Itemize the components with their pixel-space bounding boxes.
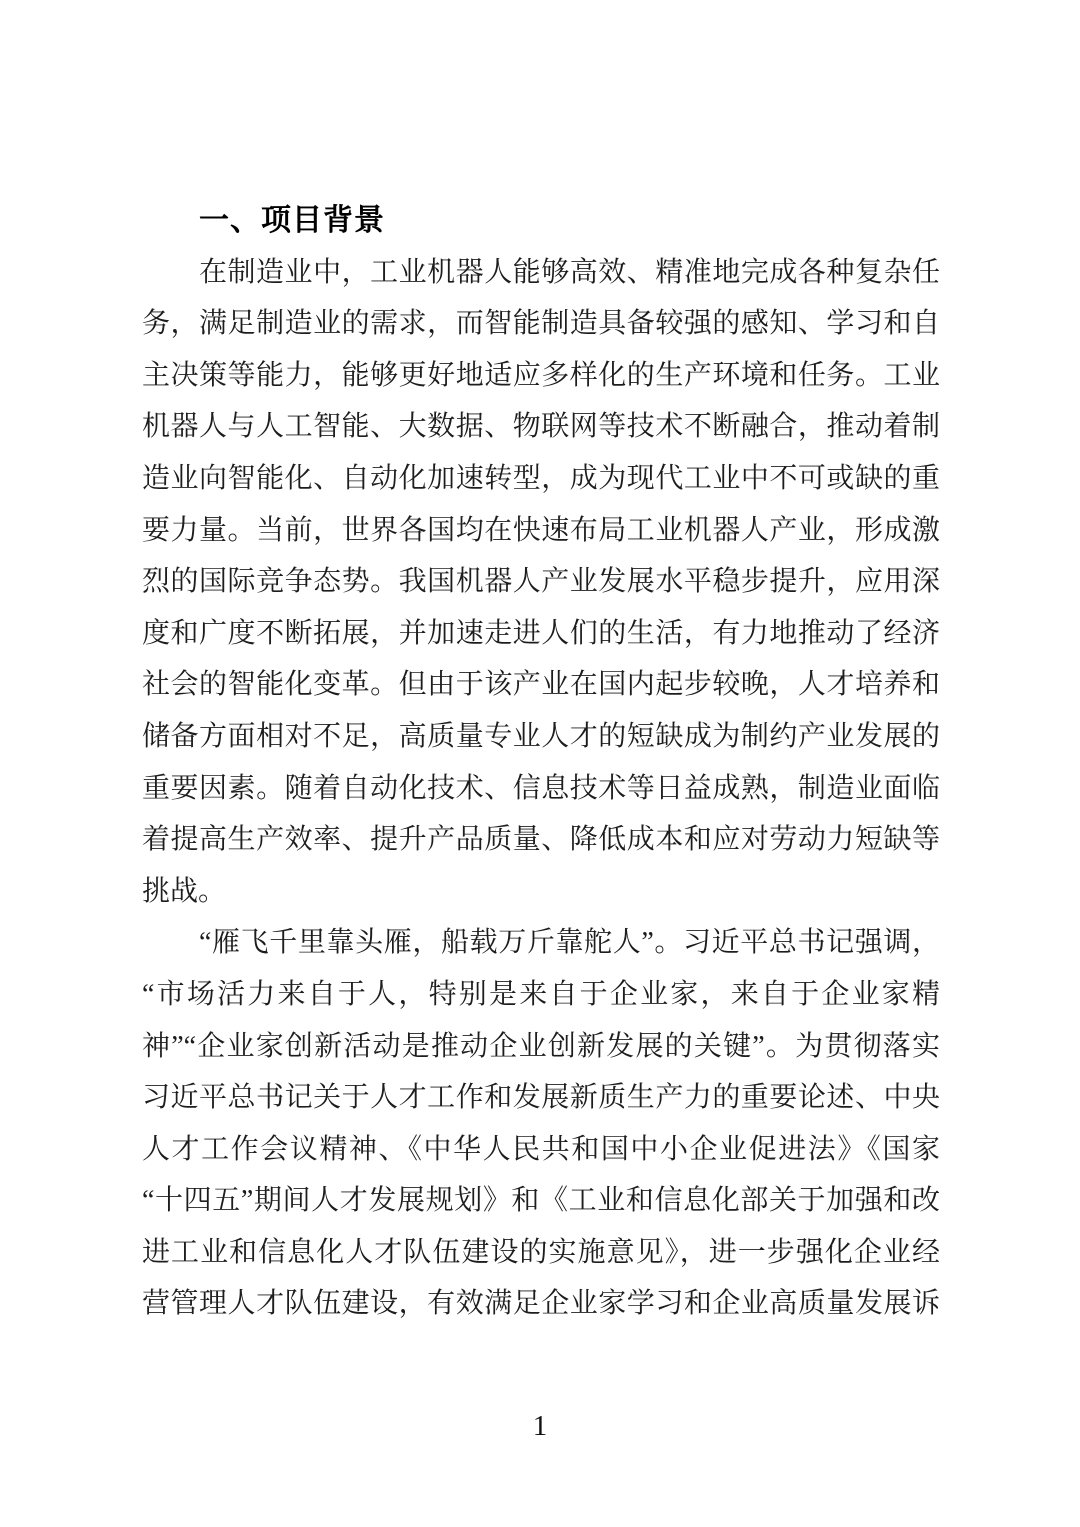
document-page: 一、项目背景 在制造业中，工业机器人能够高效、精准地完成各种复杂任务，满足制造业… — [0, 0, 1080, 1527]
text-line: 神”“企业家创新活动是推动企业创新发展的关键”。为贯彻落实 — [142, 1021, 940, 1073]
text-line: 人才工作会议精神、《中华人民共和国中小企业促进法》《国家 — [142, 1124, 940, 1176]
page-number: 1 — [533, 1410, 548, 1442]
text-line: 机器人与人工智能、大数据、物联网等技术不断融合，推动着制 — [142, 401, 940, 453]
text-line: 度和广度不断拓展，并加速走进人们的生活，有力地推动了经济 — [142, 608, 940, 660]
text-line: “雁飞千里靠头雁，船载万斤靠舵人”。习近平总书记强调， — [142, 917, 940, 969]
text-line: 造业向智能化、自动化加速转型，成为现代工业中不可或缺的重 — [142, 453, 940, 505]
text-line: 要力量。当前，世界各国均在快速布局工业机器人产业，形成激 — [142, 505, 940, 557]
text-line: 习近平总书记关于人才工作和发展新质生产力的重要论述、中央 — [142, 1072, 940, 1124]
text-line: 储备方面相对不足，高质量专业人才的短缺成为制约产业发展的 — [142, 711, 940, 763]
text-line: 着提高生产效率、提升产品质量、降低成本和应对劳动力短缺等 — [142, 814, 940, 866]
text-line: 营管理人才队伍建设，有效满足企业家学习和企业高质量发展诉 — [142, 1278, 940, 1330]
text-line: “十四五”期间人才发展规划》和《工业和信息化部关于加强和改 — [142, 1175, 940, 1227]
text-line: 在制造业中，工业机器人能够高效、精准地完成各种复杂任 — [142, 247, 940, 299]
text-line: 主决策等能力，能够更好地适应多样化的生产环境和任务。工业 — [142, 350, 940, 402]
paragraphs-container: 在制造业中，工业机器人能够高效、精准地完成各种复杂任务，满足制造业的需求，而智能… — [142, 247, 940, 1330]
text-line: 社会的智能化变革。但由于该产业在国内起步较晚，人才培养和 — [142, 659, 940, 711]
text-line: 烈的国际竞争态势。我国机器人产业发展水平稳步提升，应用深 — [142, 556, 940, 608]
section-heading: 一、项目背景 — [142, 195, 940, 247]
text-block: 一、项目背景 在制造业中，工业机器人能够高效、精准地完成各种复杂任务，满足制造业… — [142, 195, 940, 1330]
paragraph-1: 在制造业中，工业机器人能够高效、精准地完成各种复杂任务，满足制造业的需求，而智能… — [142, 247, 940, 918]
page-footer: 1 — [0, 1410, 1080, 1443]
paragraph-2: “雁飞千里靠头雁，船载万斤靠舵人”。习近平总书记强调，“市场活力来自于人，特别是… — [142, 917, 940, 1330]
text-line: 重要因素。随着自动化技术、信息技术等日益成熟，制造业面临 — [142, 763, 940, 815]
text-line: 挑战。 — [142, 866, 940, 918]
text-line: “市场活力来自于人，特别是来自于企业家，来自于企业家精 — [142, 969, 940, 1021]
text-line: 进工业和信息化人才队伍建设的实施意见》，进一步强化企业经 — [142, 1227, 940, 1279]
text-line: 务，满足制造业的需求，而智能制造具备较强的感知、学习和自 — [142, 298, 940, 350]
